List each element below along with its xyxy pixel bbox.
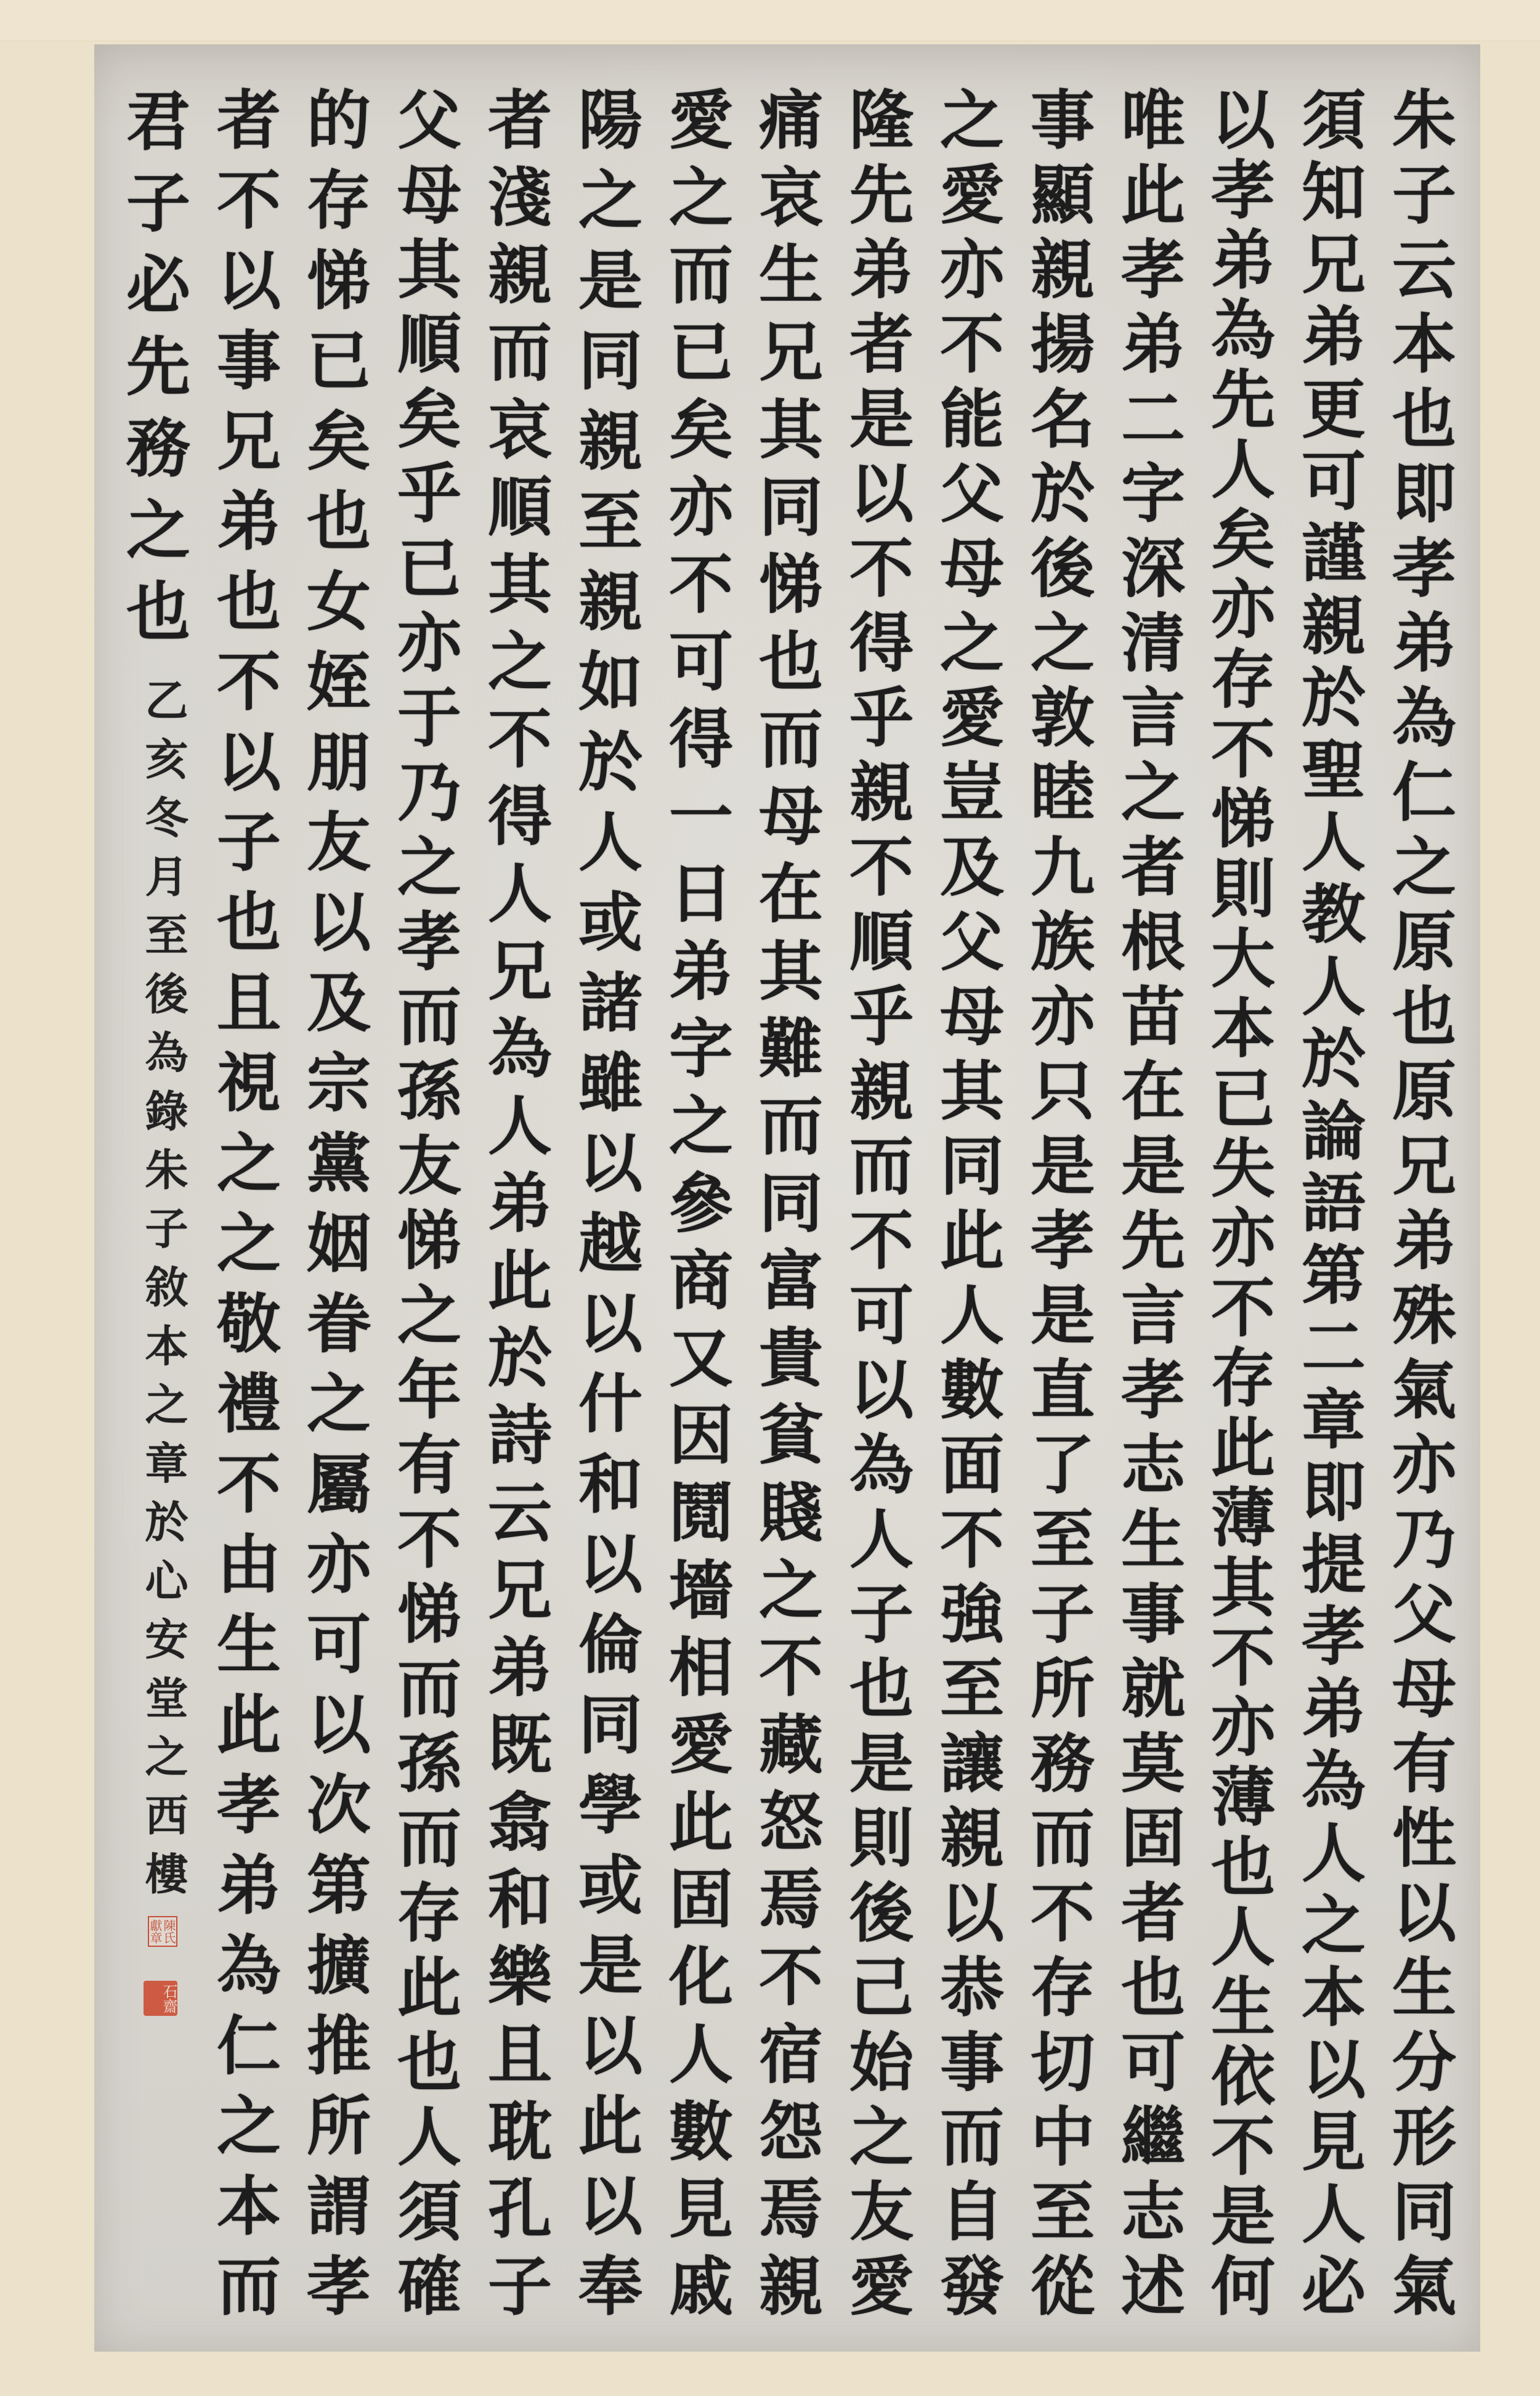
text-column-12: 父母其順矣乎已亦于乃之孝而孫友悌之年有不悌而孫而存此也人須確	[381, 86, 467, 2317]
text-column-13: 的存悌已矣也女姪朋友以及宗黨姻眷之屬亦可以次第擴推所謂孝	[290, 86, 376, 2317]
text-column-6: 之愛亦不能父母之愛豈及父母其同此人數面不強至讓親以恭事而自發	[923, 86, 1010, 2317]
text-column-10: 陽之是同親至親如於人或諸雖以越以什和以倫同學或是以此以奉	[562, 86, 648, 2317]
text-column-1: 朱子云本也即孝弟為仁之原也原兄弟殊氣亦乃父母有性以生分形同氣	[1376, 86, 1462, 2317]
text-column-2: 須知兄弟更可謹親於聖人教人於論語第二章即提孝弟為人之本以見人必	[1285, 86, 1371, 2317]
scroll-mount-top-band	[0, 0, 1540, 41]
text-column-14: 者不以事兄弟也不以子也且視之之敬禮不由生此孝弟為仁之本而	[200, 86, 286, 2317]
text-column-11: 者淺親而哀順其之不得人兄為人弟此於詩云兄弟既翕和樂且耽孔子	[471, 86, 557, 2317]
text-column-3: 以孝弟為先人矣亦存不悌則大本已失亦不存此薄其不亦薄也人生依不是何	[1194, 86, 1281, 2317]
seal-stamp-red-text: 陳氏獻章	[148, 1916, 177, 1947]
text-column-8: 痛哀生兄其同悌也而母在其難而同富貴貧賤之不藏怒焉不宿怨焉親	[742, 86, 829, 2317]
text-column-15: 君子必先務之也	[110, 87, 196, 642]
text-column-4: 唯此孝弟二字深清言之者根苗在是先言孝志生事就莫固者也可繼志述	[1104, 86, 1191, 2317]
seal-stamp-white-text: 石齋	[144, 1981, 177, 2016]
text-column-9: 愛之而已矣亦不可得一日弟字之參商又因鬩墻相愛此固化人數見戚	[652, 86, 739, 2317]
signature-inscription: 乙亥冬月至後為錄朱子敘本之章於心安堂之西樓	[132, 678, 194, 1894]
text-column-7: 隆先弟者是以不得乎親不順乎親而不可以為人子也是則後己始之友愛	[833, 86, 919, 2317]
text-column-5: 事顯親揚名於後之敦睦九族亦只是孝是直了至子所務而不存切中至從	[1014, 86, 1100, 2317]
seal-text: 石齋	[161, 1983, 177, 2014]
